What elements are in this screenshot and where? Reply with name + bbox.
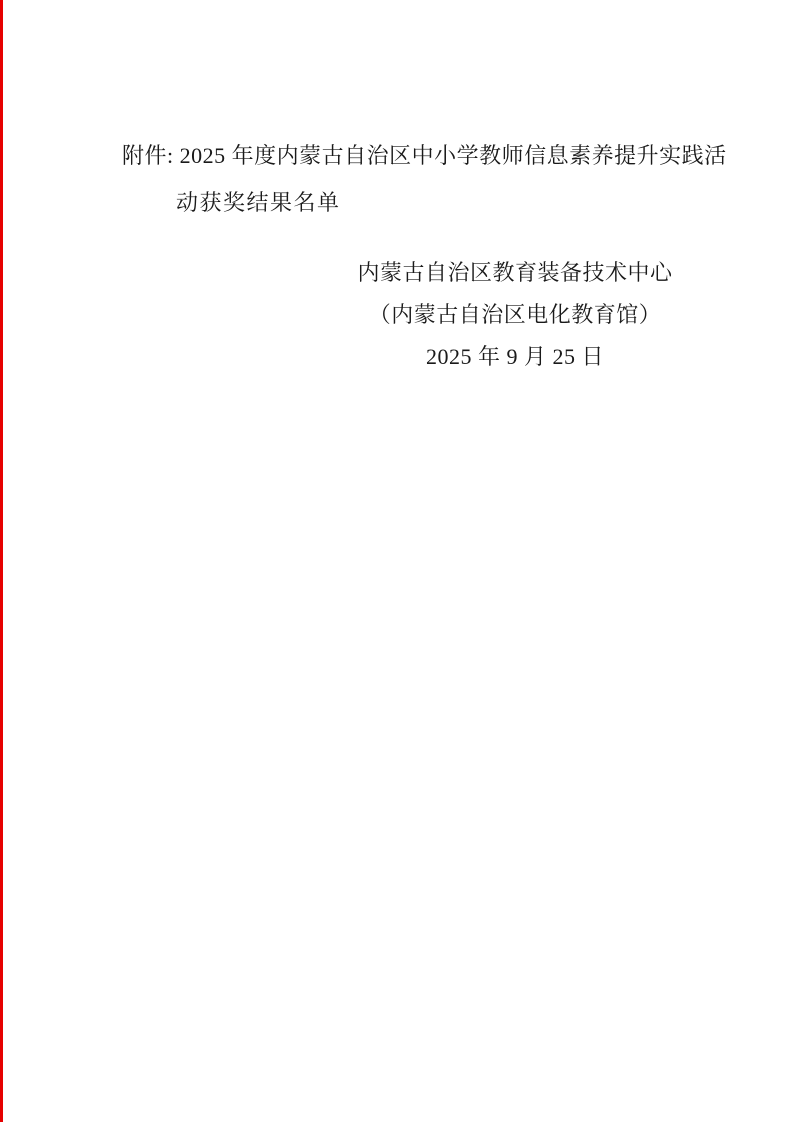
signature-block: 内蒙古自治区教育装备技术中心 （内蒙古自治区电化教育馆） 2025 年 9 月 … (330, 252, 700, 378)
signature-date: 2025 年 9 月 25 日 (330, 336, 700, 378)
document-page: 附件: 2025 年度内蒙古自治区中小学教师信息素养提升实践活 动获奖结果名单 … (0, 0, 793, 1122)
left-edge-red-line (0, 0, 3, 1122)
attachment-title-line1: 附件: 2025 年度内蒙古自治区中小学教师信息素养提升实践活 (122, 141, 727, 171)
signature-organization: 内蒙古自治区教育装备技术中心 (330, 252, 700, 294)
signature-organization-alt: （内蒙古自治区电化教育馆） (330, 294, 700, 336)
attachment-title-line2: 动获奖结果名单 (176, 188, 341, 218)
